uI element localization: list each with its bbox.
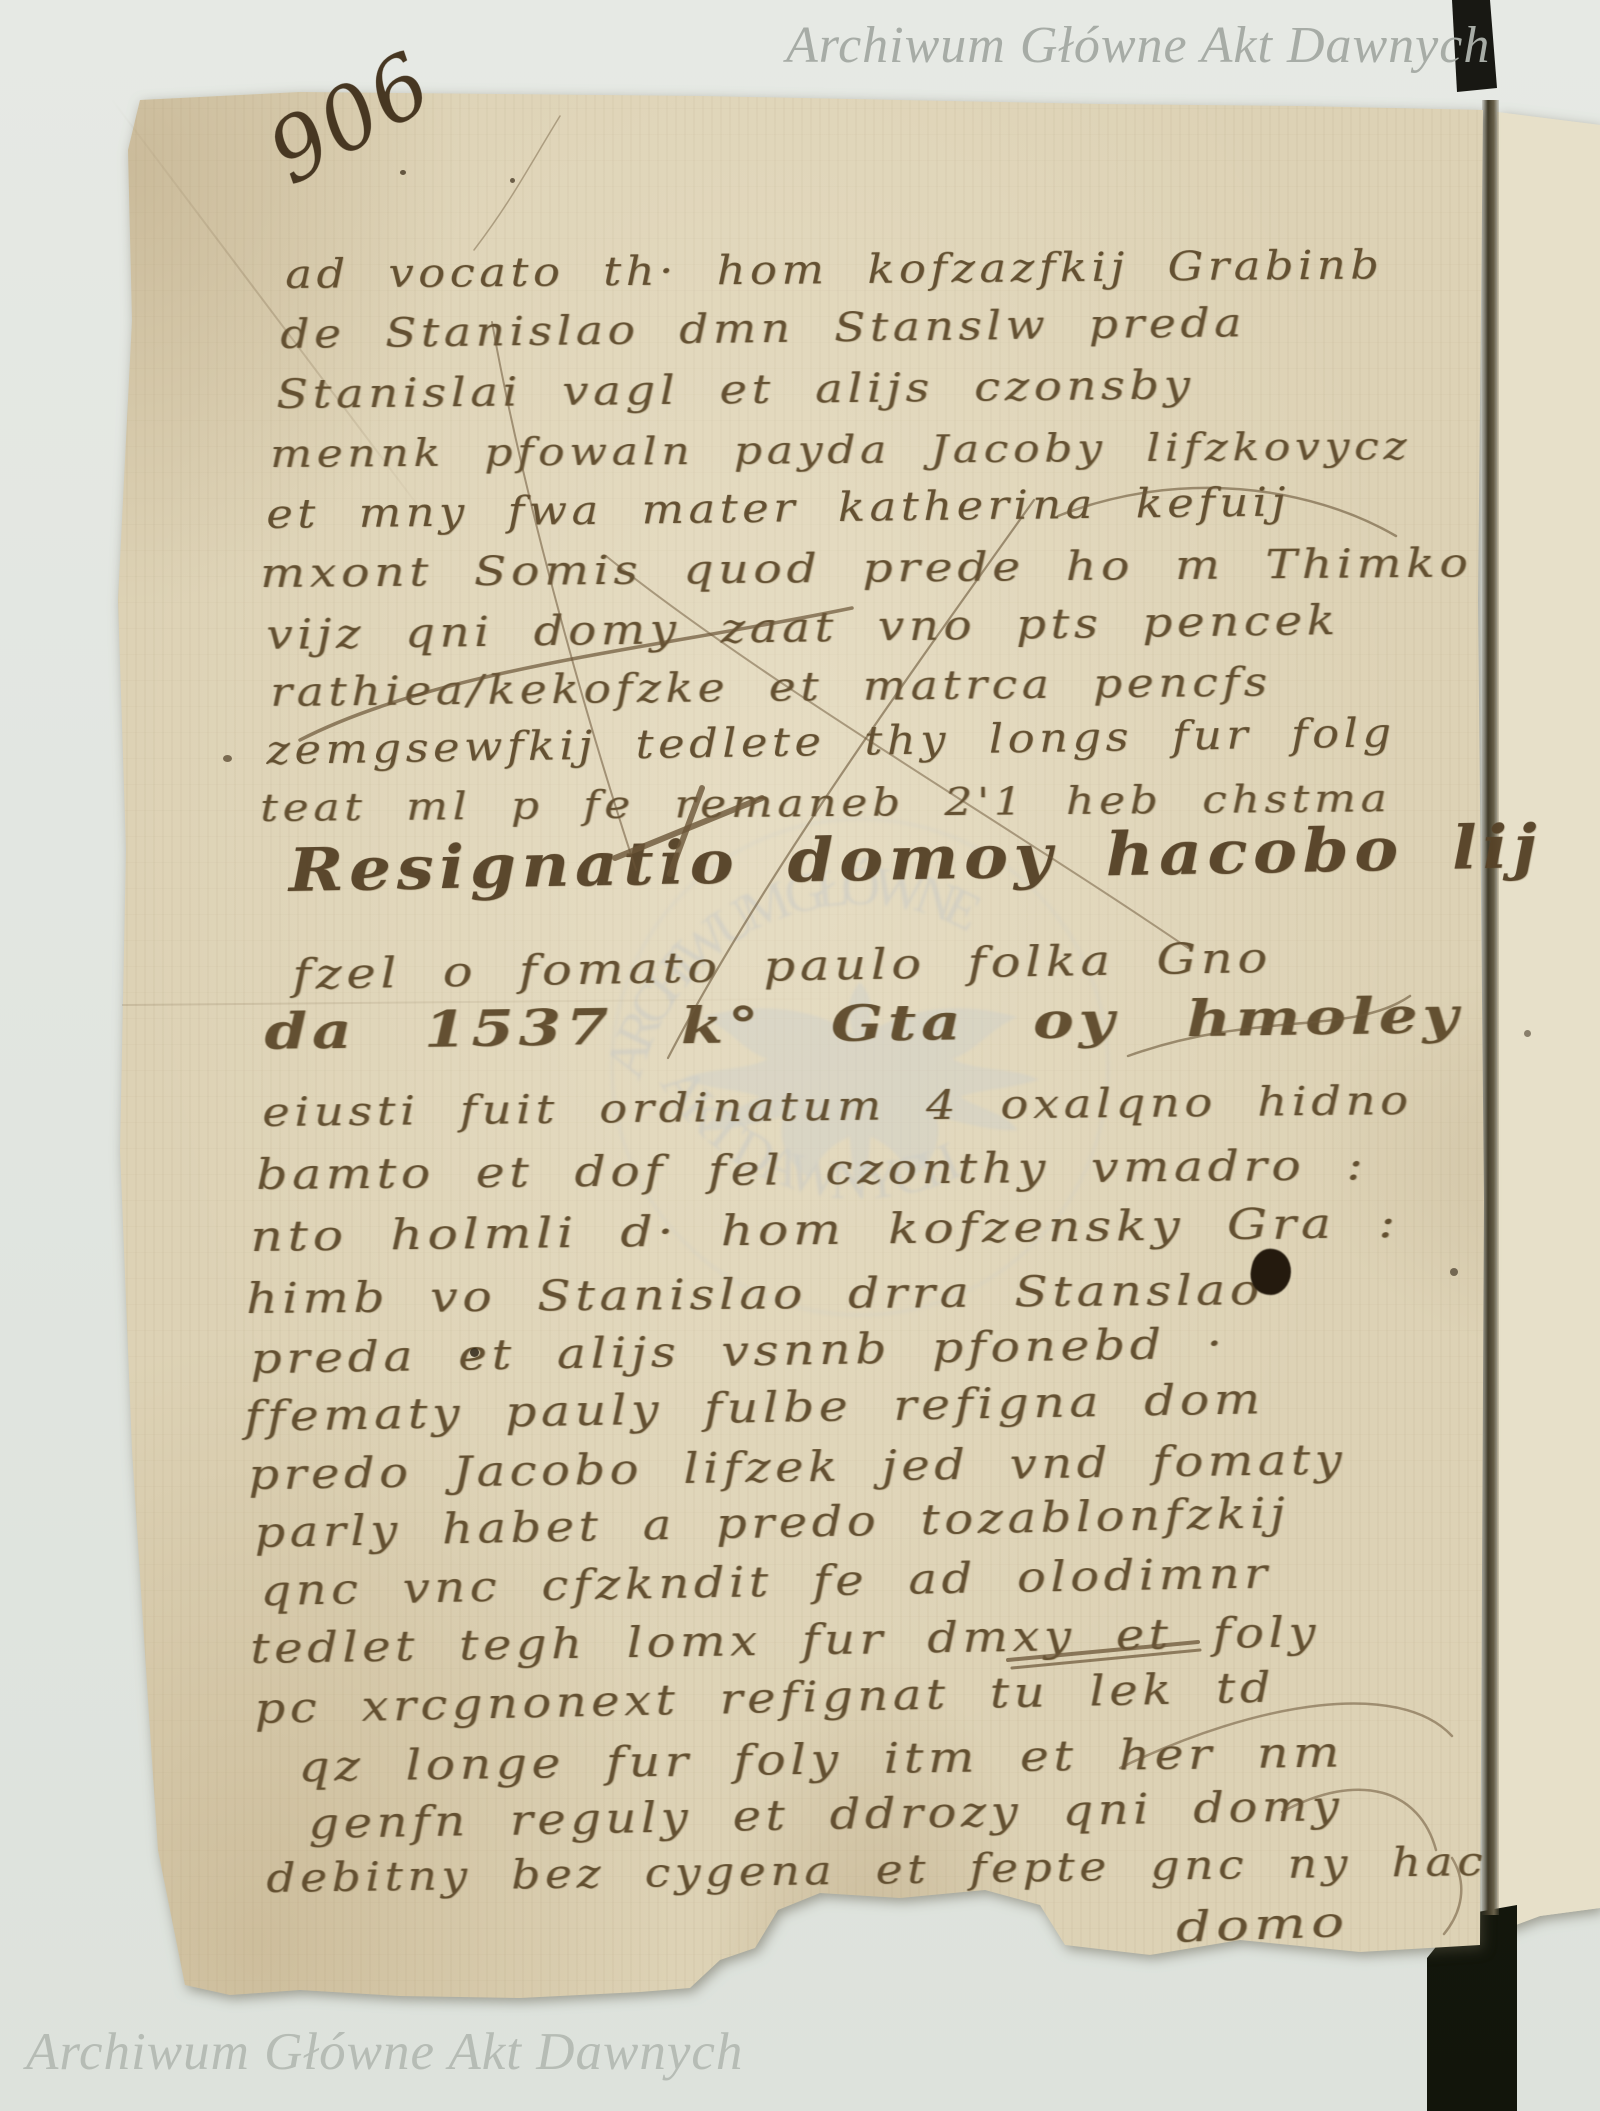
line-flourish	[1128, 996, 1410, 1056]
ink-strokes-overlay	[0, 0, 1600, 2111]
archive-watermark-top: Archiwum Główne Akt Dawnych	[786, 16, 1490, 75]
line-flourish	[1120, 1703, 1452, 1768]
crack-line	[474, 116, 560, 250]
cancellation-stroke	[668, 500, 1034, 1058]
ink-speck	[510, 178, 515, 183]
ink-speck	[470, 1348, 479, 1357]
cancellation-stroke	[606, 556, 1188, 948]
line-flourish	[1058, 488, 1396, 536]
ink-speck	[223, 755, 232, 762]
strike-mark	[1008, 1642, 1198, 1660]
ink-speck	[1524, 1030, 1531, 1037]
cancellation-stroke	[492, 322, 636, 870]
ink-speck	[1450, 1268, 1458, 1276]
line-flourish	[1282, 1790, 1436, 1850]
margin-bracket-mark	[1444, 1858, 1461, 1934]
scanned-manuscript: { "archive": { "watermark_text": "Archiw…	[0, 0, 1600, 2111]
archive-watermark-bottom: Archiwum Główne Akt Dawnych	[26, 2022, 743, 2082]
ink-speck	[400, 170, 406, 175]
